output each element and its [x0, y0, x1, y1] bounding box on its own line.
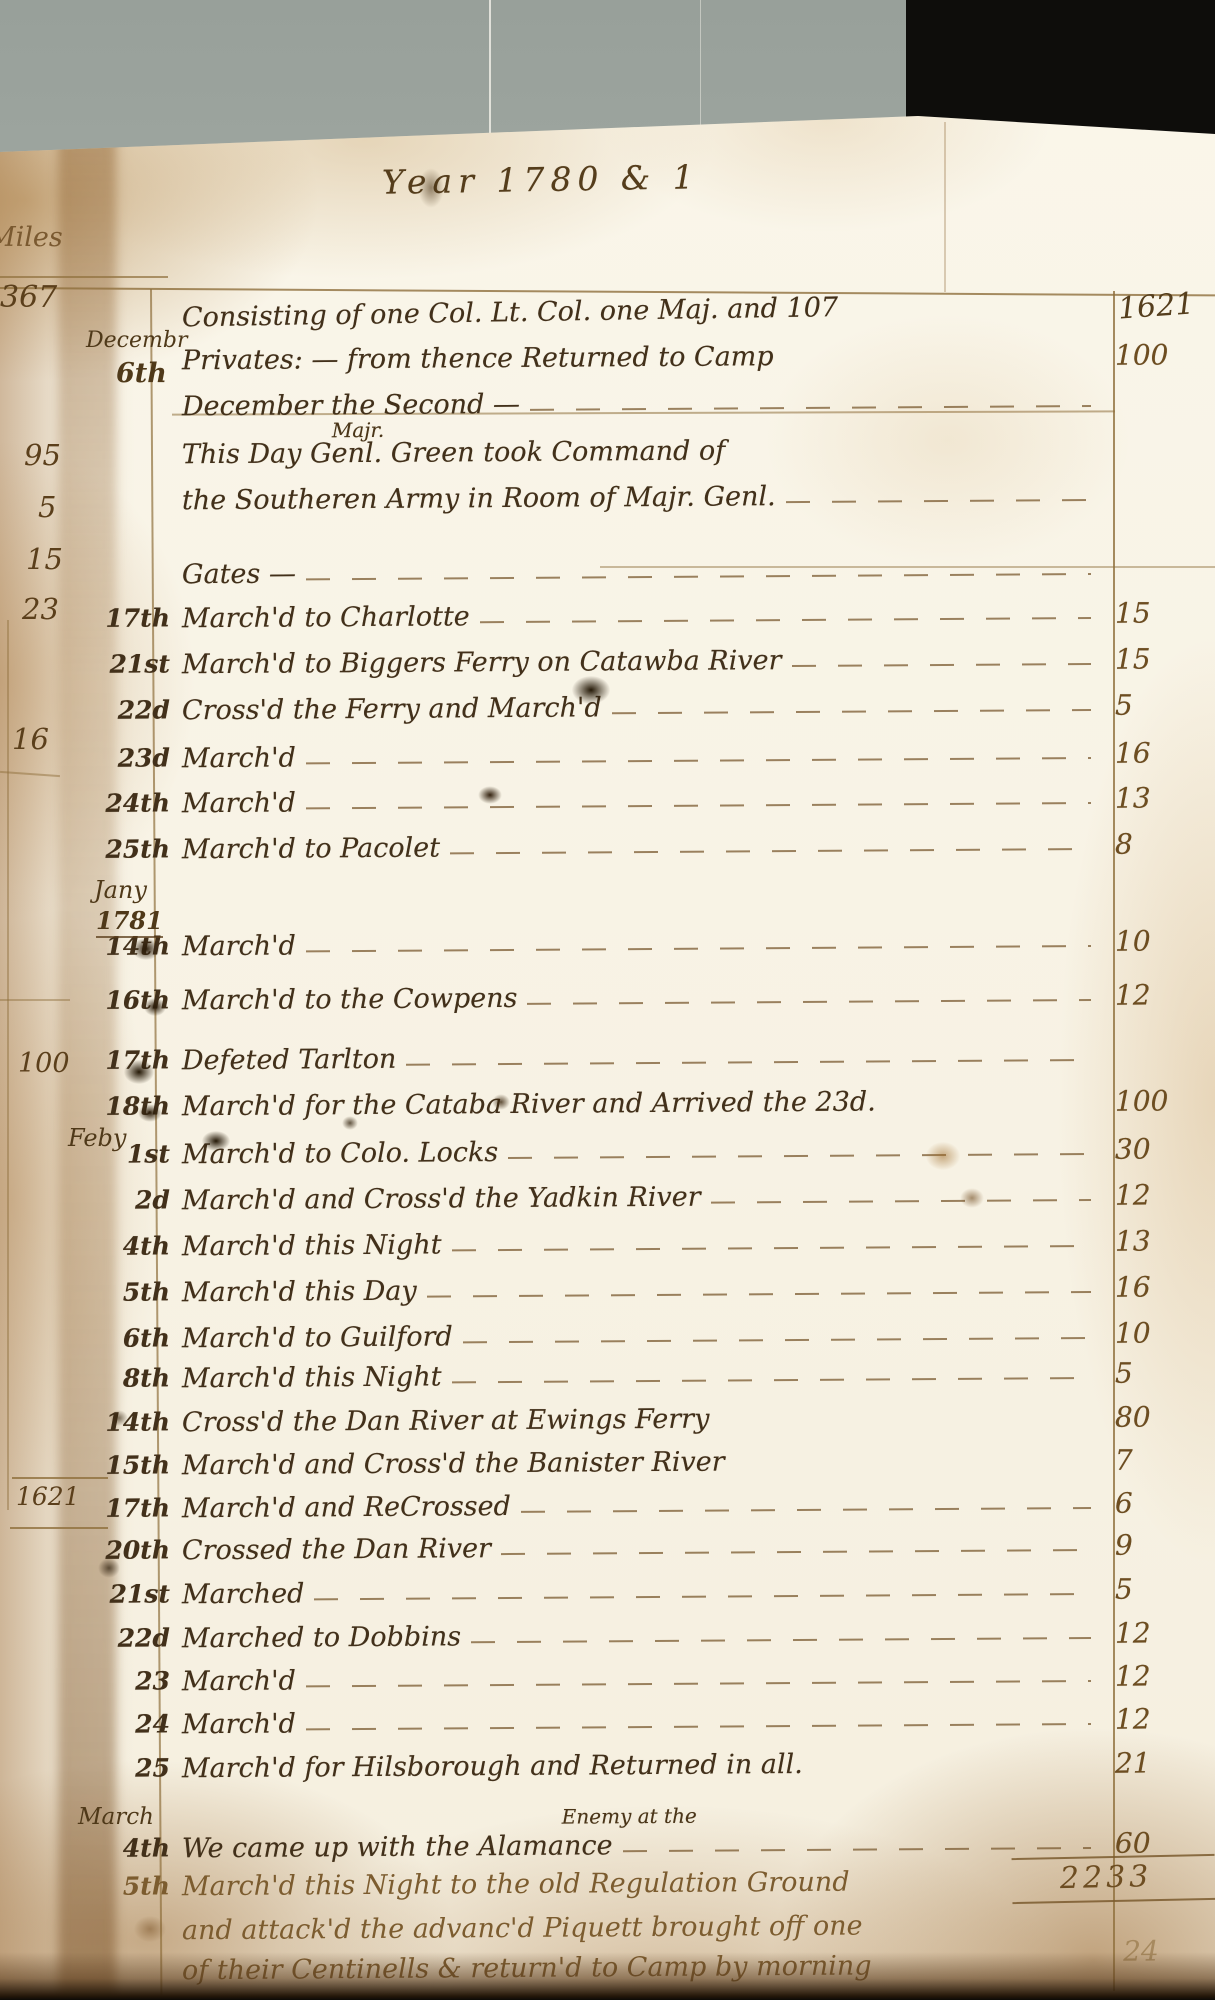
entry-miles: 12	[1101, 978, 1215, 1012]
entry-text: We came up with the Alamance	[176, 1830, 613, 1864]
leader-dashes	[813, 1747, 1091, 1783]
entry-text: March'd this Night	[176, 1229, 442, 1262]
entry-date	[92, 559, 176, 560]
entry-date: 22d	[92, 1623, 176, 1653]
bottom-edge-shadow	[0, 1952, 1215, 2000]
facing-number: 23	[22, 592, 59, 626]
ink-blot	[98, 1558, 120, 1578]
leader-dashes	[508, 1133, 1091, 1171]
entry-miles: 10	[1101, 1316, 1215, 1350]
facing-number: 100	[18, 1048, 70, 1079]
facing-ruled-line	[0, 999, 70, 1001]
entry-miles: 30	[1101, 1132, 1215, 1166]
entry-miles	[1101, 1864, 1215, 1865]
entry-text: Consisting of one Col. Lt. Col. one Maj.…	[176, 292, 839, 333]
margin-label: Feby	[68, 1124, 126, 1152]
entry-date	[92, 391, 176, 392]
facing-number: 1621	[16, 1482, 80, 1511]
leader-dashes	[471, 1617, 1091, 1655]
ledger-row: 14thMarch'd10	[92, 924, 1215, 974]
entry-text: March'd	[176, 787, 296, 819]
entry-date: 23d	[92, 743, 176, 773]
ledger-row: 21stMarch'd to Biggers Ferry on Catawba …	[92, 642, 1215, 692]
margin-label: Jany	[94, 876, 147, 904]
leader-dashes	[306, 782, 1091, 821]
facing-number: 95	[24, 438, 61, 472]
ledger-row: 23dMarch'd16	[92, 736, 1215, 786]
entry-miles	[1101, 1948, 1215, 1949]
leader-dashes	[786, 479, 1092, 515]
facing-miles-label: Miles	[0, 222, 63, 253]
entry-text: March'd for the Cataba River and Arrived…	[176, 1086, 876, 1122]
entry-text: March'd this Night to the old Regulation…	[176, 1867, 850, 1903]
entry-date: 24	[92, 1709, 176, 1739]
leader-dashes	[450, 828, 1091, 866]
entry-miles: 9	[1101, 1528, 1215, 1562]
stain-spot	[926, 1142, 960, 1170]
ink-blot	[110, 1410, 128, 1426]
leader-dashes	[530, 385, 1091, 423]
entry-miles	[1101, 1038, 1215, 1039]
entry-miles: 10	[1101, 924, 1215, 958]
leader-dashes	[735, 1444, 1092, 1480]
ledger-row: 1stMarch'd to Colo. Locks30	[92, 1132, 1215, 1182]
entry-miles: 12	[1101, 1702, 1215, 1736]
entry-text: This Day Genl. Green took Command of	[176, 435, 725, 470]
ledger-row: 2dMarch'd and Cross'd the Yadkin River12	[92, 1178, 1215, 1228]
leader-dashes	[527, 979, 1091, 1017]
entry-miles: 5	[1101, 688, 1215, 722]
facing-number: 367	[0, 280, 57, 315]
ledger-row: 18thMarch'd for the Cataba River and Arr…	[92, 1084, 1215, 1134]
entry-text: March'd	[176, 742, 296, 774]
leader-dashes	[710, 1179, 1091, 1216]
leader-dashes	[306, 1660, 1091, 1699]
leader-dashes	[622, 1827, 1091, 1864]
leader-dashes	[314, 1573, 1091, 1612]
ledger-row: 5thMarch'd this Night to the old Regulat…	[92, 1864, 1215, 1914]
entry-miles: 7	[1101, 1443, 1215, 1477]
ledger-row: 5thMarch'd this Day16	[92, 1270, 1215, 1320]
entry-date	[92, 439, 176, 440]
entry-date	[92, 1915, 176, 1916]
ledger-row: 21stMarched5	[92, 1572, 1215, 1622]
ledger-row: 25March'd for Hilsborough and Returned i…	[92, 1746, 1215, 1796]
entry-date: 25th	[92, 834, 176, 864]
ledger-row: Consisting of one Col. Lt. Col. one Maj.…	[92, 286, 1215, 346]
entry-date: 18th	[92, 1091, 176, 1121]
entry-date: 15th	[92, 1450, 176, 1480]
scan-scratch	[700, 0, 701, 140]
ledger-row: 24March'd12	[92, 1702, 1215, 1752]
ink-blot	[418, 168, 444, 208]
leader-dashes	[427, 1271, 1091, 1310]
entry-text: March'd and ReCrossed	[176, 1491, 511, 1524]
ledger-row: 16thMarch'd to the Cowpens12	[92, 978, 1215, 1028]
entry-date	[92, 303, 176, 304]
leader-dashes	[848, 288, 1091, 326]
entry-text: Privates: — from thence Returned to Camp	[176, 341, 774, 376]
entry-text: the Southeren Army in Room of Majr. Genl…	[176, 481, 776, 516]
ledger-row: 15thMarch'd and Cross'd the Banister Riv…	[92, 1443, 1215, 1493]
entry-miles: 15	[1101, 642, 1215, 676]
entry-miles: 5	[1101, 1356, 1215, 1390]
margin-label: March	[78, 1804, 154, 1830]
facing-number: 16	[12, 722, 49, 756]
entry-date: 5th	[92, 1871, 176, 1901]
entry-text: Crossed the Dan River	[176, 1533, 491, 1566]
ledger-row: 17thDefeted Tarlton	[92, 1038, 1215, 1088]
superscript-note: Majr.	[332, 418, 384, 442]
entry-text: Cross'd the Dan River at Ewings Ferry	[176, 1404, 710, 1439]
leader-dashes	[406, 1039, 1091, 1078]
entry-text: March'd to Charlotte	[176, 601, 470, 634]
entry-text: March'd to Biggers Ferry on Catawba Rive…	[176, 645, 782, 680]
entry-miles: 21	[1101, 1746, 1215, 1780]
stain-spot	[960, 1188, 984, 1208]
entry-miles: 100	[1101, 1084, 1215, 1118]
entry-text: March'd and Cross'd the Yadkin River	[176, 1182, 701, 1217]
entry-miles: 15	[1101, 596, 1215, 630]
ink-blot	[144, 998, 166, 1016]
entry-text: Marched to Dobbins	[176, 1621, 461, 1654]
leader-dashes	[463, 1317, 1091, 1355]
leader-dashes	[451, 1225, 1091, 1263]
ledger-row: December the Second —	[92, 384, 1215, 434]
entry-date: 5th	[92, 1277, 176, 1307]
ledger-row: This Day Genl. Green took Command ofMajr…	[92, 432, 1215, 482]
entry-date: 22d	[92, 695, 176, 725]
ledger-row: 25thMarch'd to Pacolet8	[92, 827, 1215, 877]
entry-miles	[1101, 286, 1215, 288]
leader-dashes	[451, 1357, 1091, 1395]
entry-date: 17th	[92, 603, 176, 633]
stain-spot	[134, 1916, 166, 1942]
entry-miles	[1101, 478, 1215, 479]
leader-dashes	[872, 1909, 1091, 1945]
entry-date: 8th	[92, 1363, 176, 1393]
leader-dashes	[306, 737, 1091, 776]
entry-date: 21st	[92, 1579, 176, 1609]
entry-date: 24th	[92, 788, 176, 818]
entry-miles	[1101, 432, 1215, 433]
ledger-row: Gates —	[92, 552, 1215, 602]
entry-miles: 6	[1101, 1486, 1215, 1520]
entry-date: 25	[92, 1753, 176, 1783]
ink-blot	[492, 1094, 510, 1110]
entry-miles	[1101, 384, 1215, 385]
entry-date: 17th	[92, 1493, 176, 1523]
ledger-row: 24thMarch'd13	[92, 781, 1215, 831]
entry-text: March'd	[176, 930, 296, 962]
entry-text: March'd	[176, 1708, 296, 1740]
leader-dashes	[306, 1703, 1091, 1742]
entry-date: 2d	[92, 1185, 176, 1215]
entry-text: March'd and Cross'd the Banister River	[176, 1447, 725, 1482]
entry-text: Gates —	[176, 558, 296, 590]
ledger-row: 17thMarch'd to Charlotte15	[92, 596, 1215, 646]
fold-crease	[944, 122, 946, 292]
entry-miles: 80	[1101, 1400, 1215, 1434]
entry-text: March'd to Pacolet	[176, 832, 440, 865]
ink-blot	[202, 1131, 230, 1151]
entry-miles: 13	[1101, 781, 1215, 815]
ledger-row: 14thCross'd the Dan River at Ewings Ferr…	[92, 1400, 1215, 1450]
leader-dashes	[501, 1529, 1091, 1567]
entry-miles: 5	[1101, 1572, 1215, 1606]
entry-date: 14th	[92, 1407, 176, 1437]
margin-label: 1781	[96, 906, 163, 938]
entry-date: 23	[92, 1666, 176, 1696]
entry-text: March'd this Night	[176, 1361, 442, 1394]
entry-text: March'd for Hilsborough and Returned in …	[176, 1749, 803, 1784]
leader-dashes	[306, 553, 1091, 592]
leader-dashes	[784, 339, 1092, 375]
entry-date: 4th	[92, 1833, 176, 1863]
facing-ruled-line	[0, 771, 60, 777]
entry-text: and attack'd the advanc'd Piquett brough…	[176, 1911, 863, 1947]
ledger-row: the Southeren Army in Room of Majr. Genl…	[92, 478, 1215, 528]
facing-number: 15	[26, 542, 63, 576]
entry-text: March'd to Guilford	[176, 1321, 453, 1354]
entry-date: 6th	[92, 1323, 176, 1353]
entry-miles: 13	[1101, 1224, 1215, 1258]
ledger-row: 23March'd12	[92, 1659, 1215, 1709]
scan-scratch	[489, 0, 491, 144]
leader-dashes	[859, 1865, 1091, 1901]
ink-blot	[572, 676, 610, 704]
entry-miles: 16	[1101, 736, 1215, 770]
entry-date: 21st	[92, 649, 176, 679]
leader-dashes	[612, 689, 1091, 726]
ink-blot	[124, 1060, 154, 1084]
ink-blot	[478, 786, 502, 804]
entry-date: 4th	[92, 1231, 176, 1261]
entry-miles: 12	[1101, 1616, 1215, 1650]
facing-ruled-line	[0, 276, 168, 278]
facing-number: 5	[38, 490, 56, 524]
leader-dashes	[735, 433, 1091, 469]
entry-miles: 12	[1101, 1659, 1215, 1693]
entry-text: Defeted Tarlton	[176, 1044, 397, 1077]
entry-text: Marched	[176, 1578, 305, 1610]
entry-miles: 12	[1101, 1178, 1215, 1212]
ink-blot	[132, 938, 160, 960]
entry-miles: 60	[1101, 1826, 1215, 1860]
margin-label: Decembr	[86, 328, 187, 353]
leader-dashes	[480, 597, 1091, 635]
entry-text: Cross'd the Ferry and March'd	[176, 692, 602, 726]
entry-miles	[1101, 552, 1215, 553]
entry-text: March'd to the Cowpens	[176, 983, 518, 1016]
manuscript-page: Year 1780 & 1 1621 2233 Consisting of on…	[0, 0, 1215, 2000]
ink-blot	[342, 1116, 358, 1130]
scanned-manuscript: Year 1780 & 1 1621 2233 Consisting of on…	[0, 0, 1215, 2000]
entry-text: March'd this Day	[176, 1276, 417, 1309]
ledger-row: 20thCrossed the Dan River9	[92, 1528, 1215, 1578]
facing-column-line	[7, 620, 9, 1510]
superscript-note: Enemy at the	[562, 1804, 697, 1829]
entry-text: March'd	[176, 1665, 296, 1697]
leader-dashes	[521, 1487, 1091, 1525]
ledger-row: 4thMarch'd this Night13	[92, 1224, 1215, 1274]
entry-miles: 8	[1101, 827, 1215, 861]
ledger-row: 22dCross'd the Ferry and March'd5	[92, 688, 1215, 738]
leader-dashes	[791, 643, 1091, 679]
leader-dashes	[886, 1085, 1091, 1120]
leader-dashes	[306, 925, 1091, 964]
leader-dashes	[719, 1401, 1091, 1438]
entry-miles: 100	[1101, 338, 1215, 372]
margin-label: 6th	[116, 358, 167, 389]
ledger-row: Privates: — from thence Returned to Camp…	[92, 338, 1215, 388]
entry-date	[92, 485, 176, 486]
entry-miles: 16	[1101, 1270, 1215, 1304]
ledger-row: 8thMarch'd this Night5	[92, 1356, 1215, 1406]
ledger-row: 22dMarched to Dobbins12	[92, 1616, 1215, 1666]
ink-blot	[138, 1104, 162, 1122]
